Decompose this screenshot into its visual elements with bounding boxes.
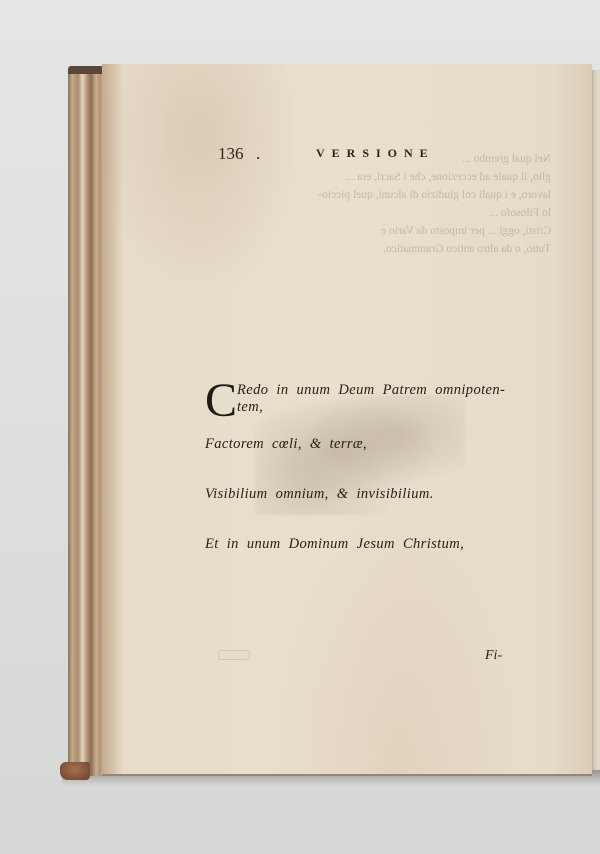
text-line: Redo in unum Deum Patrem omnipoten- — [237, 382, 505, 399]
text-line: tem, — [237, 399, 263, 416]
text-line: Factorem cœli, & terræ, — [205, 436, 367, 453]
catchword: Fi- — [485, 648, 502, 664]
book-spine — [68, 68, 104, 776]
drop-cap: C — [205, 378, 237, 424]
header-separator: . — [256, 144, 260, 164]
spine-bottom-cap — [60, 762, 90, 780]
bleed-through-text: Nel qual grembo ... glio, il quale ad ec… — [296, 150, 551, 270]
page-number: 136 — [218, 144, 244, 164]
text-line: Visibilium omnium, & invisibilium. — [205, 486, 434, 503]
faint-signature-mark — [218, 650, 250, 660]
text-line: Et in unum Dominum Jesum Christum, — [205, 536, 464, 553]
spine-top-cap — [68, 66, 104, 74]
page-header: 136 . VERSIONE — [218, 144, 548, 164]
running-head: VERSIONE — [316, 146, 435, 161]
